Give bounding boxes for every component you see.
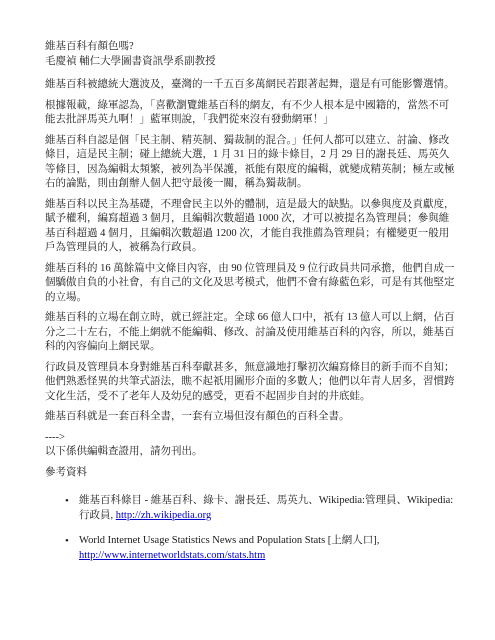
editor-note: 以下係供編輯查證用，請勿刊出。 xyxy=(45,445,458,460)
reference-item: World Internet Usage Statistics News and… xyxy=(79,534,458,563)
editor-note-block: ----> 以下係供編輯查證用，請勿刊出。 xyxy=(45,431,458,460)
paragraph: 維基百科就是一套百科全書，一套有立場但沒有顏色的百科全書。 xyxy=(45,410,458,425)
reference-link[interactable]: http://www.internetworldstats.com/stats.… xyxy=(79,550,265,561)
paragraph: 維基百科的 16 萬餘篇中文條目內容，由 90 位管理員及 9 位行政員共同承擔… xyxy=(45,262,458,306)
document-page: 維基百科有顏色嗎? 毛慶禎 輔仁大學圖書資訊學系副教授 維基百科被總統大選波及，… xyxy=(0,0,495,640)
reference-text: World Internet Usage Statistics News and… xyxy=(79,535,379,546)
divider-arrow: ----> xyxy=(45,431,458,446)
paragraph: 行政員及管理員本身對維基百科奉獻甚多，無意識地打擊初次編寫條目的新手而不自知；他… xyxy=(45,361,458,405)
references-heading: 參考資料 xyxy=(45,466,458,481)
reference-link[interactable]: http://zh.wikipedia.org xyxy=(116,510,211,521)
paragraph: 維基百科的立場在創立時，就已經註定。全球 66 億人口中，祇有 13 億人可以上… xyxy=(45,311,458,355)
paragraph: 維基百科以民主為基礎，不理會民主以外的體制，這是最大的缺點。以參與度及貢獻度，賦… xyxy=(45,198,458,256)
paragraph: 根據報載，綠軍認為，「喜歡瀏覽維基百科的網友，有不少人根本是中國籍的，當然不可能… xyxy=(45,99,458,128)
paragraph: 維基百科自認是個「民主制、精英制、獨裁制的混合。」任何人都可以建立、討論、修改條… xyxy=(45,134,458,192)
paragraph: 維基百科被總統大選波及，臺灣的一千五百多萬網民若跟著起舞，還是有可能影響選情。 xyxy=(45,78,458,93)
references-list: 維基百科條目 - 維基百科、綠卡、謝長廷、馬英九、Wikipedia:管理員、W… xyxy=(45,494,458,563)
author-line: 毛慶禎 輔仁大學圖書資訊學系副教授 xyxy=(45,55,458,70)
reference-item: 維基百科條目 - 維基百科、綠卡、謝長廷、馬英九、Wikipedia:管理員、W… xyxy=(79,494,458,523)
page-title: 維基百科有顏色嗎? xyxy=(45,40,458,55)
